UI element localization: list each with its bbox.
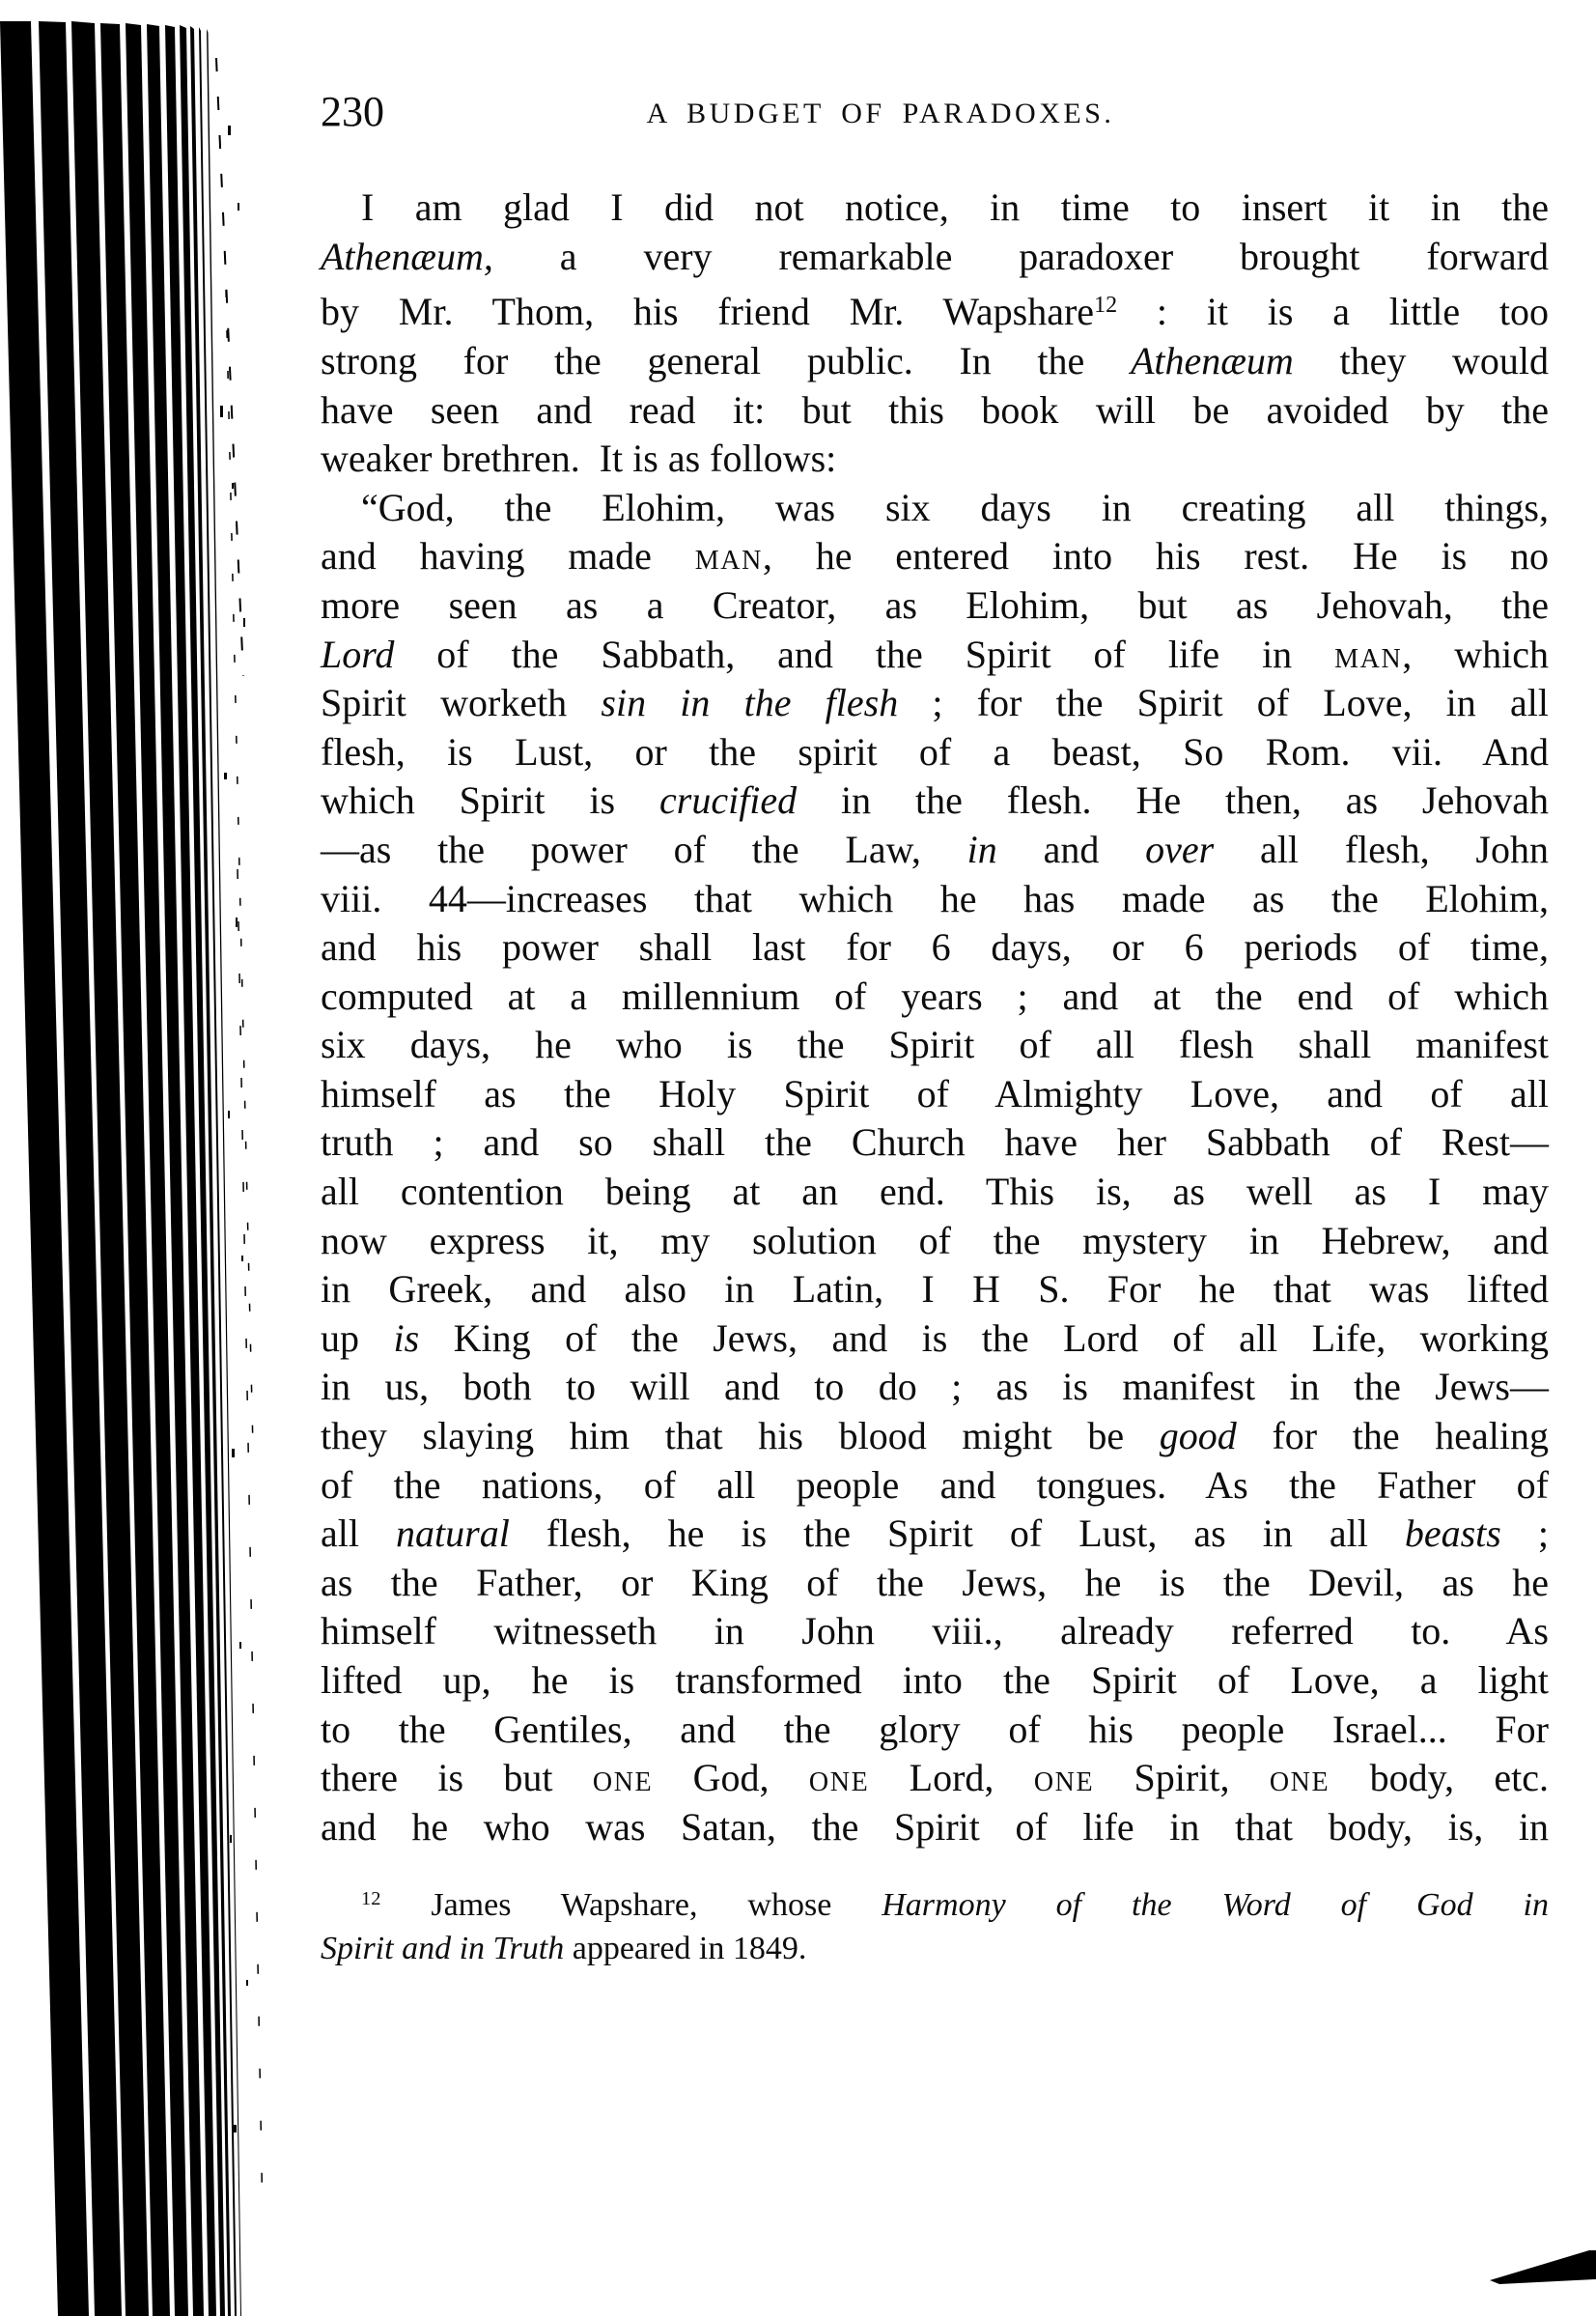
text-line: which Spirit is crucified in the flesh. … bbox=[321, 777, 1549, 826]
text-line: flesh, is Lust, or the spirit of a beast… bbox=[321, 728, 1549, 777]
text-line: “God, the Elohim, was six days in creati… bbox=[321, 484, 1549, 533]
text-line: himself witnesseth in John viii., alread… bbox=[321, 1607, 1549, 1656]
text-line: and his power shall last for 6 days, or … bbox=[321, 923, 1549, 973]
scan-gutter-artifact bbox=[0, 0, 309, 2316]
text-line: I am glad I did not notice, in time to i… bbox=[321, 184, 1549, 233]
text-line: as the Father, or King of the Jews, he i… bbox=[321, 1559, 1549, 1608]
text-line: in Greek, and also in Latin, I H S. For … bbox=[321, 1265, 1549, 1314]
text-line: viii. 44—increases that which he has mad… bbox=[321, 875, 1549, 924]
text-line: strong for the general public. In the At… bbox=[321, 337, 1549, 386]
text-line: there is but one God, one Lord, one Spir… bbox=[321, 1754, 1549, 1803]
text-line: all natural flesh, he is the Spirit of L… bbox=[321, 1510, 1549, 1559]
scan-corner-artifact bbox=[1490, 2248, 1596, 2289]
text-line: up is King of the Jews, and is the Lord … bbox=[321, 1314, 1549, 1364]
text-line: in us, both to will and to do ; as is ma… bbox=[321, 1363, 1549, 1412]
text-line: truth ; and so shall the Church have her… bbox=[321, 1118, 1549, 1168]
text-line: Spirit worketh sin in the flesh ; for th… bbox=[321, 679, 1549, 728]
text-line: and having made man, he entered into his… bbox=[321, 532, 1549, 581]
text-line: Lord of the Sabbath, and the Spirit of l… bbox=[321, 631, 1549, 680]
text-line: and he who was Satan, the Spirit of life… bbox=[321, 1803, 1549, 1852]
footnote: 12 James Wapshare, whose Harmony of the … bbox=[321, 1878, 1549, 1970]
text-line: six days, he who is the Spirit of all fl… bbox=[321, 1021, 1549, 1070]
text-line: 12 James Wapshare, whose Harmony of the … bbox=[321, 1878, 1549, 1927]
text-line: computed at a millennium of years ; and … bbox=[321, 973, 1549, 1022]
text-line: weaker brethren. It is as follows: bbox=[321, 435, 1549, 484]
text-line: to the Gentiles, and the glory of his pe… bbox=[321, 1706, 1549, 1755]
body-text: I am glad I did not notice, in time to i… bbox=[321, 184, 1549, 1851]
text-line: —as the power of the Law, in and over al… bbox=[321, 826, 1549, 875]
page-header: 230 A BUDGET OF PARADOXES. bbox=[321, 91, 1547, 139]
text-line: of the nations, of all people and tongue… bbox=[321, 1461, 1549, 1511]
text-line: Spirit and in Truth appeared in 1849. bbox=[321, 1927, 1549, 1970]
text-line: by Mr. Thom, his friend Mr. Wapshare12 :… bbox=[321, 281, 1549, 337]
text-line: they slaying him that his blood might be… bbox=[321, 1412, 1549, 1461]
running-title: A BUDGET OF PARADOXES. bbox=[267, 99, 1494, 129]
text-line: more seen as a Creator, as Elohim, but a… bbox=[321, 581, 1549, 631]
text-line: all contention being at an end. This is,… bbox=[321, 1168, 1549, 1217]
text-line: Athenæum, a very remarkable paradoxer br… bbox=[321, 233, 1549, 282]
text-line: now express it, my solution of the myste… bbox=[321, 1217, 1549, 1266]
text-line: himself as the Holy Spirit of Almighty L… bbox=[321, 1070, 1549, 1119]
scanned-book-page: 230 A BUDGET OF PARADOXES. I am glad I d… bbox=[0, 0, 1596, 2316]
text-line: lifted up, he is transformed into the Sp… bbox=[321, 1656, 1549, 1706]
text-line: have seen and read it: but this book wil… bbox=[321, 386, 1549, 436]
